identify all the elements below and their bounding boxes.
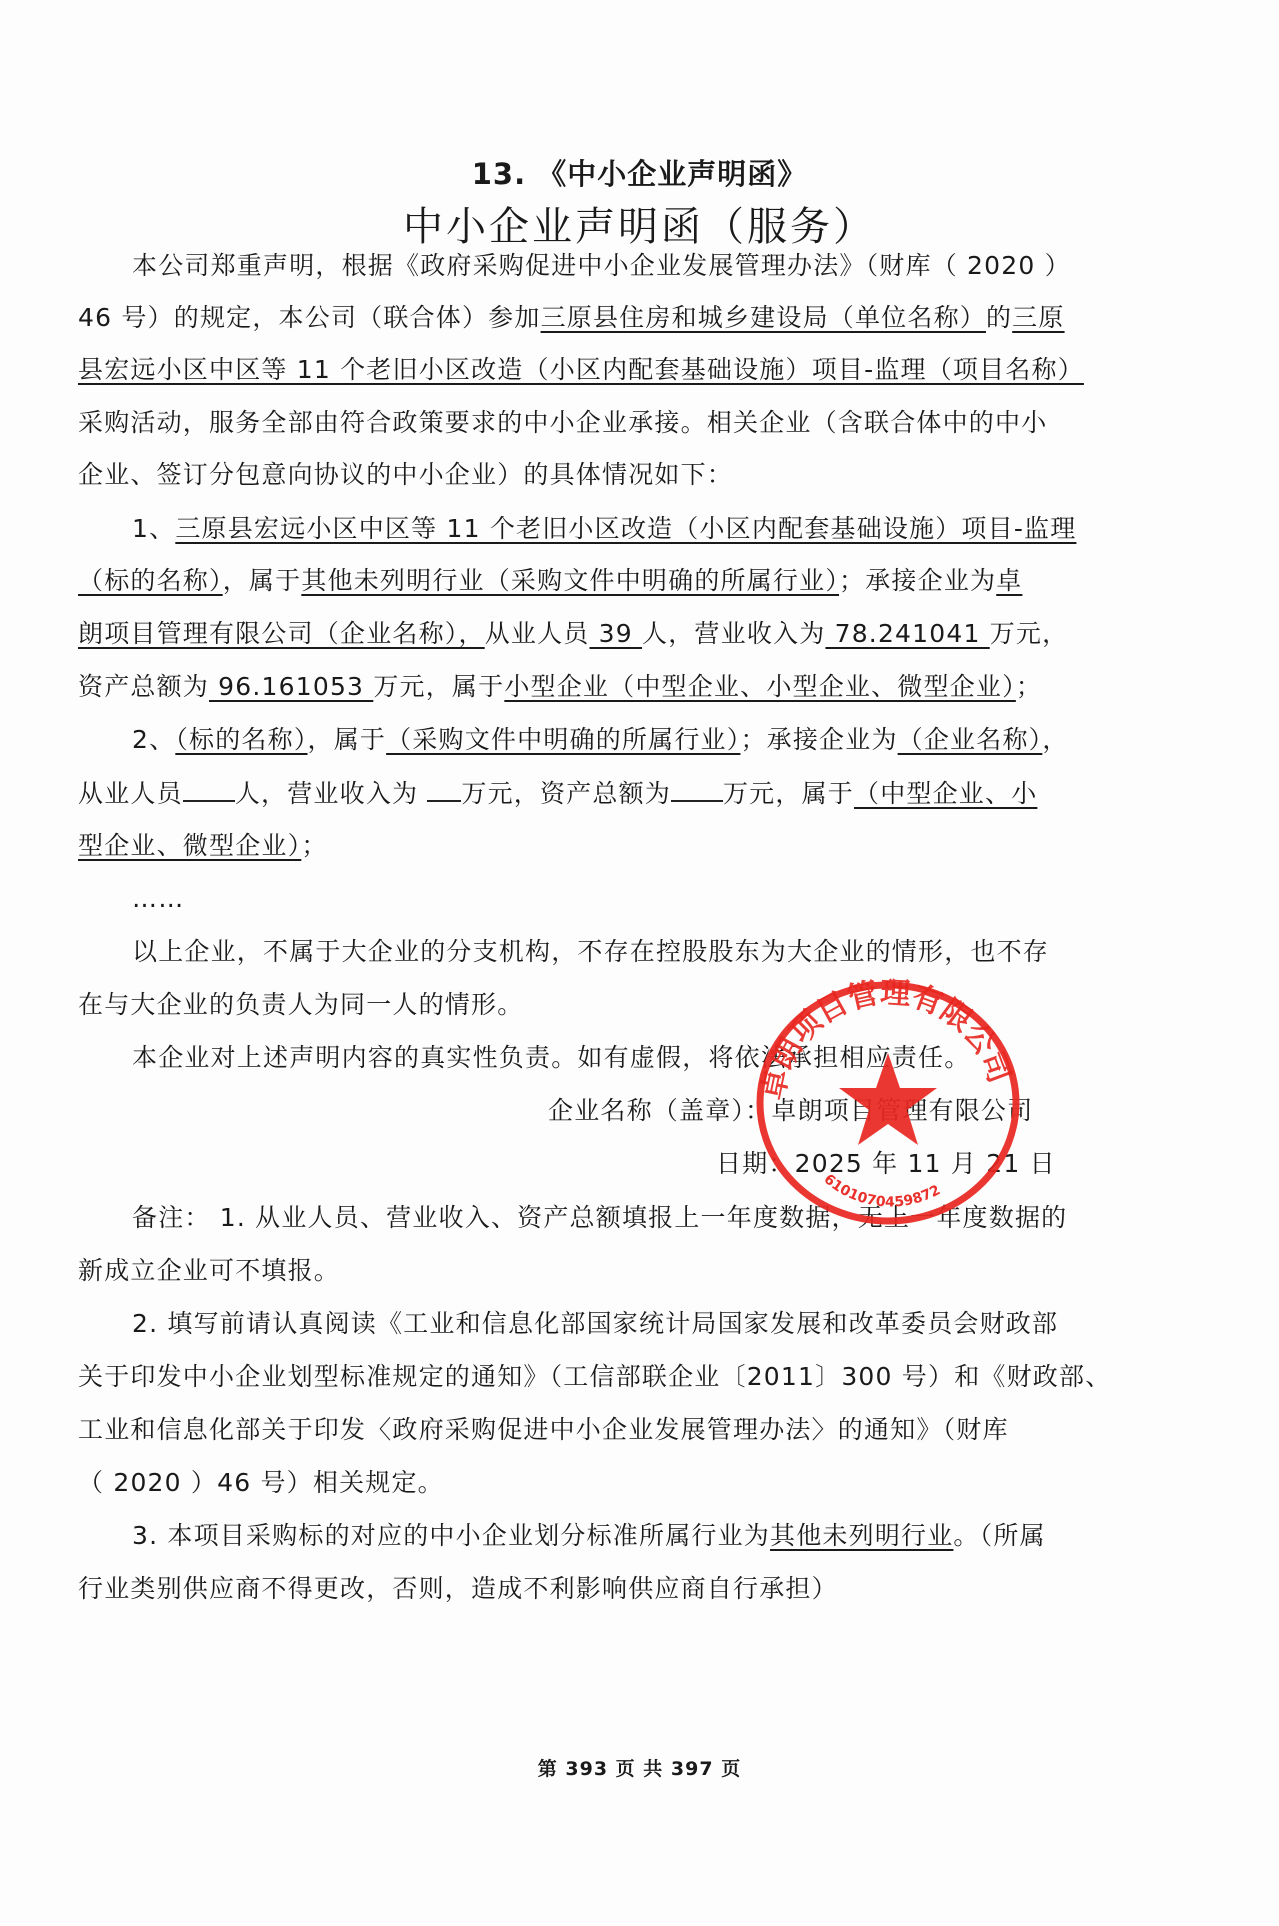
enterprise-type-placeholder: 型企业、微型企业） xyxy=(78,831,301,860)
intro-line-4: 采购活动，服务全部由符合政策要求的中小企业承接。相关企业（含联合体中的中小 xyxy=(78,408,1128,438)
intro-text: 企业、签订分包意向协议的中小企业）的具体情况如下： xyxy=(78,460,733,489)
revenue-blank xyxy=(427,778,461,802)
item1-line-2: （标的名称），属于其他未列明行业（采购文件中明确的所属行业）；承接企业为卓 xyxy=(78,566,1128,596)
company-name-start: 卓 xyxy=(996,566,1022,595)
note-2-line-4: （ 2020 ）46 号）相关规定。 xyxy=(78,1468,1128,1498)
industry: 其他未列明行业 xyxy=(770,1521,953,1550)
signature-date: 日期：2025 年 11 月 21 日 xyxy=(716,1149,1136,1179)
item1-line-1: 1、三原县宏远小区中区等 11 个老旧小区改造（小区内配套基础设施）项目-监理 xyxy=(132,514,1182,544)
intro-line-3: 县宏远小区中区等 11 个老旧小区改造（小区内配套基础设施）项目-监理（项目名称… xyxy=(78,355,1128,385)
text: ， xyxy=(1042,725,1068,754)
intro-text: 的 xyxy=(986,303,1012,332)
company-label: 企业名称（盖章）： xyxy=(548,1096,771,1125)
text: ； xyxy=(1016,672,1042,701)
subject-label: （标的名称） xyxy=(78,566,223,595)
section-title: 13. 《中小企业声明函》 xyxy=(0,152,1279,193)
company-placeholder: （企业名称） xyxy=(898,725,1043,754)
assets-blank xyxy=(671,778,723,802)
item2-line-2: 从业人员人，营业收入为 万元，资产总额为万元，属于（中型企业、小 xyxy=(78,778,1128,809)
company-name: 朗项目管理有限公司（企业名称）， xyxy=(78,619,485,648)
subject-name: 三原县宏远小区中区等 11 个老旧小区改造（小区内配套基础设施）项目-监理 xyxy=(175,514,1076,543)
statement-line-1: 以上企业，不属于大企业的分支机构，不存在控股股东为大企业的情形，也不存 xyxy=(132,937,1182,967)
employees-value: 39 xyxy=(590,619,643,648)
text: 万元，属于 xyxy=(723,779,854,808)
note-1-line-2: 新成立企业可不填报。 xyxy=(78,1256,1128,1286)
ellipsis: …… xyxy=(132,884,1182,914)
text: 人，营业收入为 xyxy=(235,779,428,808)
item-number: 2、 xyxy=(132,725,175,754)
intro-text: 采购活动，服务全部由符合政策要求的中小企业承接。相关企业（含联合体中的中小 xyxy=(78,408,1047,437)
note-2-line-3: 工业和信息化部关于印发〈政府采购促进中小企业发展管理办法〉的通知》（财库 xyxy=(78,1415,1128,1445)
assets-value: 96.161053 xyxy=(209,672,373,701)
text: 。（所属 xyxy=(953,1521,1045,1550)
text: ，属于 xyxy=(223,566,302,595)
page-number: 第 393 页 共 397 页 xyxy=(0,1754,1279,1781)
note-2-line-1: 2. 填写前请认真阅读《工业和信息化部国家统计局国家发展和改革委员会财政部 xyxy=(132,1309,1182,1339)
date-value: 2025 年 11 月 21 日 xyxy=(795,1149,1056,1178)
statement-line-3: 本企业对上述声明内容的真实性负责。如有虚假，将依法承担相应责任。 xyxy=(132,1043,1182,1073)
note-1-line-1: 备注： 1. 从业人员、营业收入、资产总额填报上一年度数据，无上一年度数据的 xyxy=(132,1203,1182,1233)
text: 万元，属于 xyxy=(373,672,504,701)
text: 人，营业收入为 xyxy=(642,619,825,648)
subject-placeholder: （标的名称） xyxy=(175,725,307,754)
text: 3. 本项目采购标的对应的中小企业划分标准所属行业为 xyxy=(132,1521,770,1550)
text: ，属于 xyxy=(308,725,387,754)
note-3-line-2: 行业类别供应商不得更改，否则，造成不利影响供应商自行承担） xyxy=(78,1574,1128,1604)
text: 万元，资产总额为 xyxy=(461,779,671,808)
employees-blank xyxy=(183,778,235,802)
enterprise-type-placeholder: （中型企业、小 xyxy=(854,779,1037,808)
item-number: 1、 xyxy=(132,514,175,543)
statement-line-2: 在与大企业的负责人为同一人的情形。 xyxy=(78,990,1128,1020)
intro-line-5: 企业、签订分包意向协议的中小企业）的具体情况如下： xyxy=(78,460,1128,490)
date-label: 日期： xyxy=(716,1149,795,1178)
text: ； xyxy=(301,831,327,860)
note-3-line-1: 3. 本项目采购标的对应的中小企业划分标准所属行业为其他未列明行业。（所属 xyxy=(132,1521,1182,1551)
industry: 其他未列明行业（采购文件中明确的所属行业） xyxy=(301,566,839,595)
revenue-value: 78.241041 xyxy=(825,619,989,648)
enterprise-type: 小型企业（中型企业、小型企业、微型企业） xyxy=(504,672,1016,701)
intro-line-1: 本公司郑重声明，根据《政府采购促进中小企业发展管理办法》（财库（ 2020 ） xyxy=(132,251,1182,281)
project-name: 县宏远小区中区等 11 个老旧小区改造（小区内配套基础设施）项目-监理（项目名称… xyxy=(78,355,1084,384)
page-title: 中小企业声明函（服务） xyxy=(0,195,1279,252)
text: ；承接企业为 xyxy=(839,566,996,595)
signature-company: 企业名称（盖章）：卓朗项目管理有限公司 xyxy=(548,1096,1148,1126)
purchaser-name: 三原县住房和城乡建设局（单位名称） xyxy=(541,303,986,332)
intro-line-2: 46 号）的规定，本公司（联合体）参加三原县住房和城乡建设局（单位名称）的三原 xyxy=(78,303,1128,333)
text: 资产总额为 xyxy=(78,672,209,701)
intro-text: 本公司郑重声明，根据《政府采购促进中小企业发展管理办法》（财库（ 2020 ） xyxy=(132,251,1071,280)
note-2-line-2: 关于印发中小企业划型标准规定的通知》（工信部联企业〔2011〕300 号）和《财… xyxy=(78,1362,1128,1392)
industry-placeholder: （采购文件中明确的所属行业） xyxy=(386,725,740,754)
intro-text: 46 号）的规定，本公司（联合体）参加 xyxy=(78,303,541,332)
text: 万元， xyxy=(990,619,1069,648)
item2-line-1: 2、（标的名称），属于（采购文件中明确的所属行业）；承接企业为（企业名称）， xyxy=(132,725,1182,755)
item1-line-4: 资产总额为 96.161053 万元，属于小型企业（中型企业、小型企业、微型企业… xyxy=(78,672,1128,702)
company-name: 卓朗项目管理有限公司 xyxy=(771,1096,1033,1125)
project-name-start: 三原 xyxy=(1012,303,1064,332)
text: 从业人员 xyxy=(485,619,590,648)
text: 从业人员 xyxy=(78,779,183,808)
item1-line-3: 朗项目管理有限公司（企业名称），从业人员 39 人，营业收入为 78.24104… xyxy=(78,619,1128,649)
text: ；承接企业为 xyxy=(740,725,897,754)
document-page: 13. 《中小企业声明函》 中小企业声明函（服务） 本公司郑重声明，根据《政府采… xyxy=(0,0,1279,1926)
item2-line-3: 型企业、微型企业）； xyxy=(78,831,1128,861)
